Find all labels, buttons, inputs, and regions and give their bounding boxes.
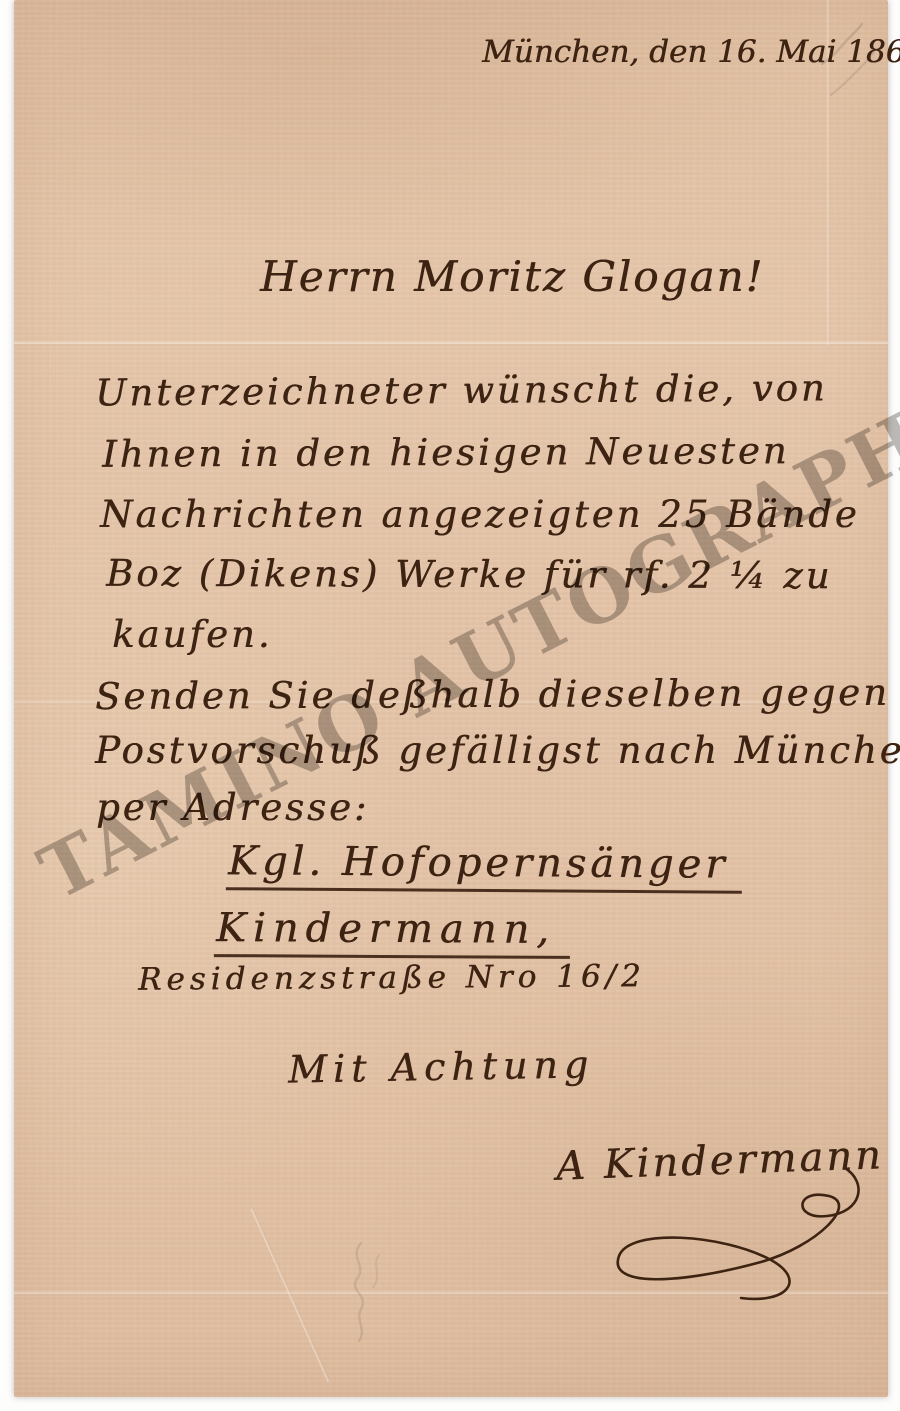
body-line-2: Ihnen in den hiesigen Neuesten (102, 432, 790, 474)
dateline: München, den 16. Mai 1863. (482, 36, 900, 69)
street-line: Residenzstraße Nro 16/2 (138, 960, 646, 996)
signature-flourish (545, 1150, 895, 1310)
body-line-8: per Adresse: (96, 789, 369, 828)
scanned-letter-page: München, den 16. Mai 1863. Herrn Moritz … (0, 0, 900, 1411)
body-line-4: Boz (Dikens) Werke für rf. 2 ¼ zu (106, 555, 833, 596)
pencil-squiggle-bottom (309, 1235, 409, 1350)
body-line-1: Unterzeichneter wünscht die, von (95, 369, 828, 413)
closing: Mit Achtung (288, 1045, 595, 1090)
body-line-7: Postvorschuß gefälligst nach München, (95, 732, 900, 771)
address-line-2: Kindermann, (214, 907, 570, 959)
address-line-1: Kgl. Hofopernsänger (226, 840, 743, 894)
body-line-6: Senden Sie deßhalb dieselben gegen (95, 674, 890, 717)
fold-line-top (14, 341, 888, 346)
salutation: Herrn Moritz Glogan! (260, 255, 764, 299)
body-line-3: Nachrichten angezeigten 25 Bände (100, 496, 860, 535)
body-line-5: kaufen. (112, 616, 273, 655)
